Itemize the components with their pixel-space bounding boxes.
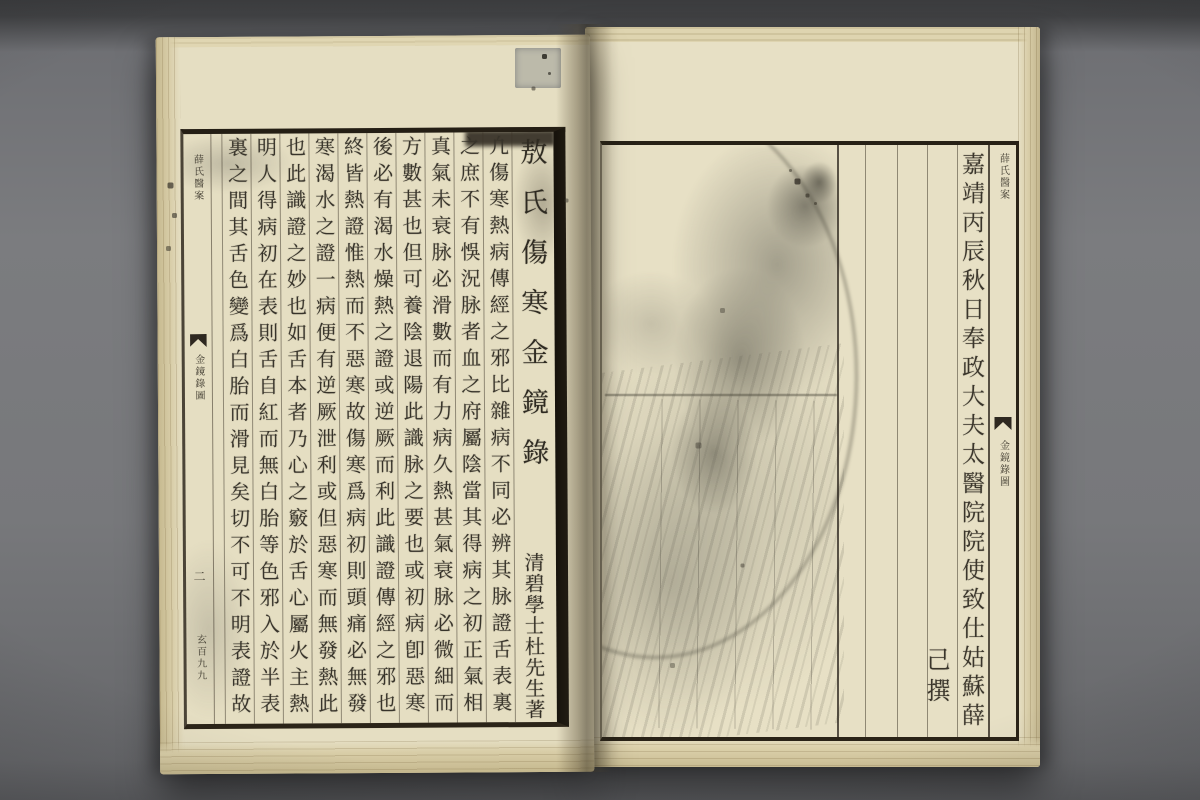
photo-vignette xyxy=(0,0,1200,800)
book-photograph: 嘉靖丙辰秋日奉政大夫太醫院院使致仕姑蘇薛 己撰 薛氏醫案 金鏡錄圖 薛氏醫案 金… xyxy=(0,0,1200,800)
